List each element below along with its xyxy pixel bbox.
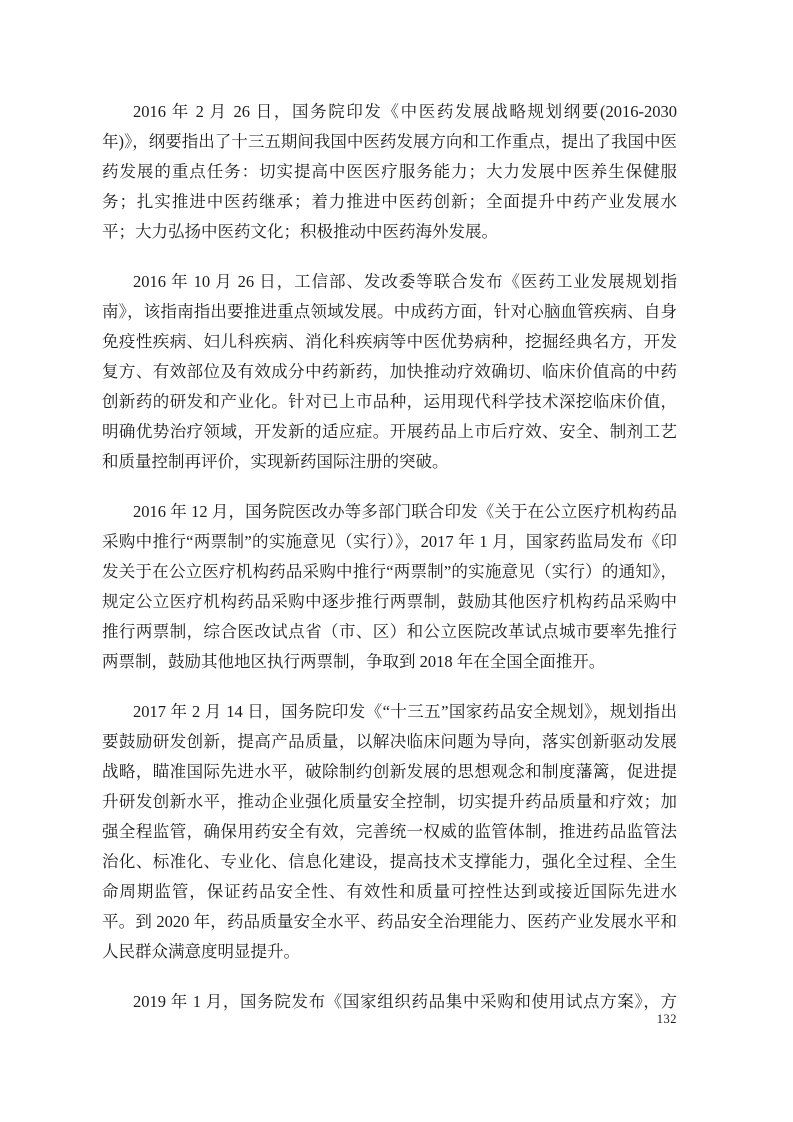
document-page: 2016 年 2 月 26 日，国务院印发《中医药发展战略规划纲要(2016-2… [0,0,793,1122]
paragraph-pharma-industry-guide: 2016 年 10 月 26 日，工信部、发改委等联合发布《医药工业发展规划指南… [102,267,677,477]
paragraph-centralized-procurement: 2019 年 1 月，国务院发布《国家组织药品集中采购和使用试点方案》，方 [102,987,677,1017]
paragraph-two-invoice-system: 2016 年 12 月，国务院医改办等多部门联合印发《关于在公立医疗机构药品采购… [102,497,677,677]
paragraph-tcm-strategy-outline: 2016 年 2 月 26 日，国务院印发《中医药发展战略规划纲要(2016-2… [102,97,677,247]
paragraph-drug-safety-plan: 2017 年 2 月 14 日，国务院印发《“十三五”国家药品安全规划》，规划指… [102,697,677,967]
